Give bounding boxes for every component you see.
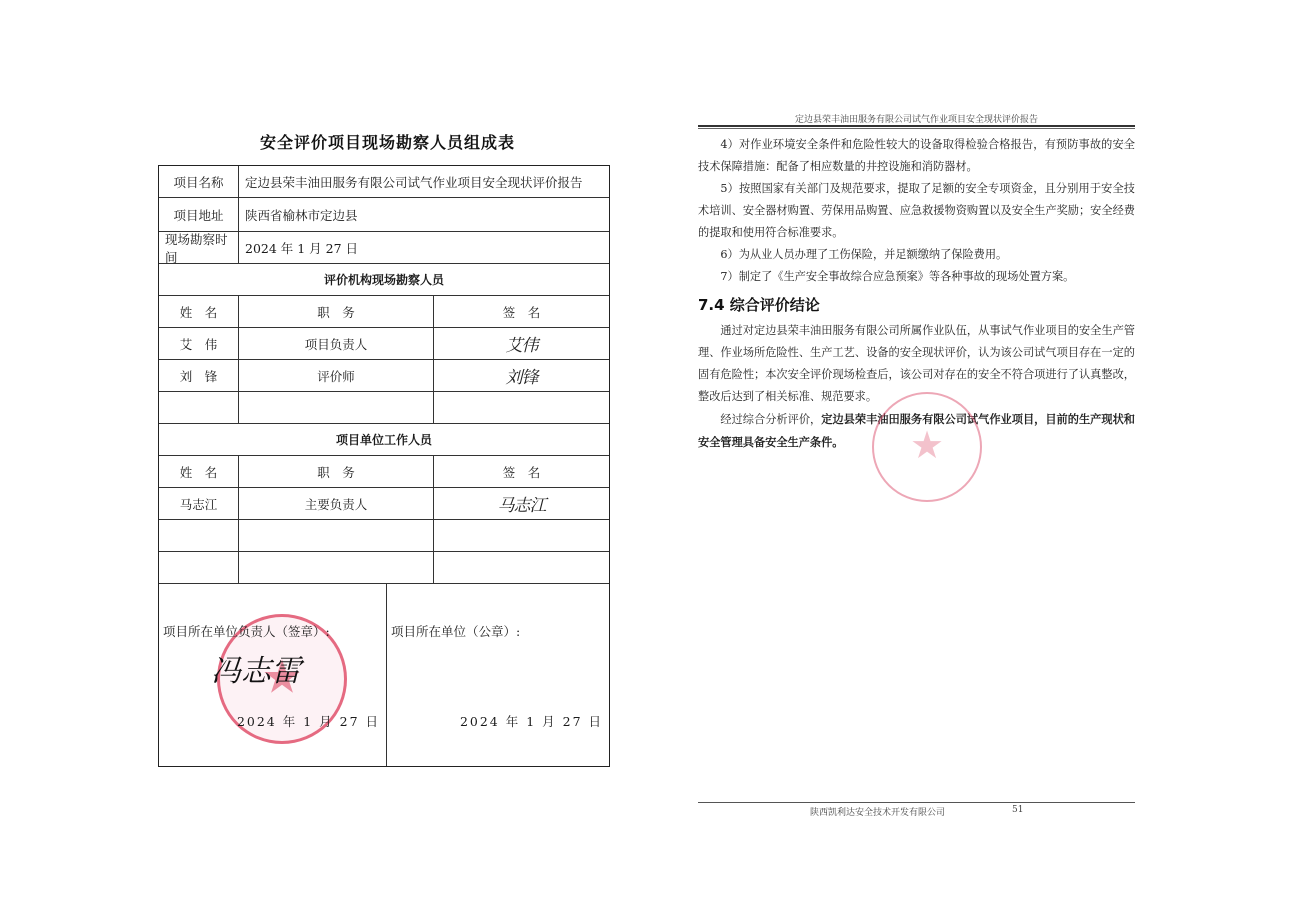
col-header-role: 职 务 <box>239 456 434 487</box>
person-name: 刘 锋 <box>159 360 239 391</box>
person-name: 艾 伟 <box>159 328 239 359</box>
unit-seal-signoff: 项目所在单位（公章）: 2024 年 1 月 27 日 <box>387 584 609 766</box>
star-icon: ★ <box>910 423 944 467</box>
info-row-project-name: 项目名称 定边县荣丰油田服务有限公司试气作业项目安全现状评价报告 <box>159 166 609 198</box>
footer-rule <box>698 802 1135 803</box>
section-evaluators-title: 评价机构现场勘察人员 <box>159 264 609 295</box>
table-row: 刘 锋 评价师 刘锋 <box>159 360 609 392</box>
info-row-project-address: 项目地址 陕西省榆林市定边县 <box>159 198 609 232</box>
col-header-signature: 签 名 <box>434 456 609 487</box>
col-header-role: 职 务 <box>239 296 434 327</box>
evaluator-seal-stamp: ★ <box>872 392 982 502</box>
unit-leader-label: 项目所在单位负责人（签章）: <box>163 622 330 640</box>
label-project-name: 项目名称 <box>159 166 239 197</box>
handwritten-signature: 艾伟 <box>434 328 609 359</box>
label-project-address: 项目地址 <box>159 198 239 231</box>
section-unit-header: 项目单位工作人员 <box>159 424 609 456</box>
list-item: 5）按照国家有关部门及规范要求，提取了足额的安全专项资金，且分别用于安全技术培训… <box>698 178 1135 244</box>
table-row: 马志江 主要负责人 马志江 <box>159 488 609 520</box>
table-row-empty <box>159 392 609 424</box>
leader-handwritten-signature: 冯志雷 <box>211 646 301 690</box>
person-role <box>239 392 434 423</box>
person-name <box>159 520 239 551</box>
approval-section: ★ 项目所在单位负责人（签章）: 冯志雷 2024 年 1 月 27 日 项目所… <box>159 584 609 766</box>
header-rule-thin <box>698 128 1135 129</box>
signature-cell <box>434 520 609 551</box>
info-row-survey-time: 现场勘察时间 2024 年 1 月 27 日 <box>159 232 609 264</box>
survey-personnel-table: 项目名称 定边县荣丰油田服务有限公司试气作业项目安全现状评价报告 项目地址 陕西… <box>158 165 610 767</box>
footer-organization: 陕西凯利达安全技术开发有限公司 <box>810 805 945 818</box>
person-role <box>239 520 434 551</box>
col-header-name: 姓 名 <box>159 456 239 487</box>
value-project-address: 陕西省榆林市定边县 <box>239 198 609 231</box>
table-row-empty <box>159 520 609 552</box>
list-item: 4）对作业环境安全条件和危险性较大的设备取得检验合格报告，有预防事故的安全技术保… <box>698 134 1135 178</box>
form-title: 安全评价项目现场勘察人员组成表 <box>160 130 615 153</box>
person-role: 评价师 <box>239 360 434 391</box>
table-row-empty <box>159 552 609 584</box>
section-heading: 7.4 综合评价结论 <box>698 294 1135 316</box>
col-header-name: 姓 名 <box>159 296 239 327</box>
unit-seal-label: 项目所在单位（公章）: <box>391 622 520 640</box>
person-name: 马志江 <box>159 488 239 519</box>
person-role: 主要负责人 <box>239 488 434 519</box>
person-role <box>239 552 434 583</box>
section-evaluators-header: 评价机构现场勘察人员 <box>159 264 609 296</box>
person-name <box>159 552 239 583</box>
label-survey-time: 现场勘察时间 <box>159 232 239 263</box>
summary-prefix: 经过综合分析评价， <box>720 413 821 426</box>
list-item: 6）为从业人员办理了工伤保险，并足额缴纳了保险费用。 <box>698 244 1135 266</box>
evaluators-column-headers: 姓 名 职 务 签 名 <box>159 296 609 328</box>
table-row: 艾 伟 项目负责人 艾伟 <box>159 328 609 360</box>
person-name <box>159 392 239 423</box>
value-project-name: 定边县荣丰油田服务有限公司试气作业项目安全现状评价报告 <box>239 166 609 197</box>
header-rule-thick <box>698 125 1135 127</box>
list-item: 7）制定了《生产安全事故综合应急预案》等各种事故的现场处置方案。 <box>698 266 1135 288</box>
handwritten-signature: 马志江 <box>434 488 609 519</box>
unit-seal-date: 2024 年 1 月 27 日 <box>460 712 603 730</box>
signature-cell <box>434 392 609 423</box>
running-header: 定边县荣丰油田服务有限公司试气作业项目安全现状评价报告 <box>698 112 1135 125</box>
value-survey-time: 2024 年 1 月 27 日 <box>239 232 609 263</box>
unit-leader-signoff: ★ 项目所在单位负责人（签章）: 冯志雷 2024 年 1 月 27 日 <box>159 584 387 766</box>
unit-leader-date: 2024 年 1 月 27 日 <box>237 712 380 730</box>
page-number: 51 <box>1012 805 1023 815</box>
section-unit-title: 项目单位工作人员 <box>159 424 609 455</box>
signature-cell <box>434 552 609 583</box>
handwritten-signature: 刘锋 <box>434 360 609 391</box>
person-role: 项目负责人 <box>239 328 434 359</box>
unit-column-headers: 姓 名 职 务 签 名 <box>159 456 609 488</box>
col-header-signature: 签 名 <box>434 296 609 327</box>
